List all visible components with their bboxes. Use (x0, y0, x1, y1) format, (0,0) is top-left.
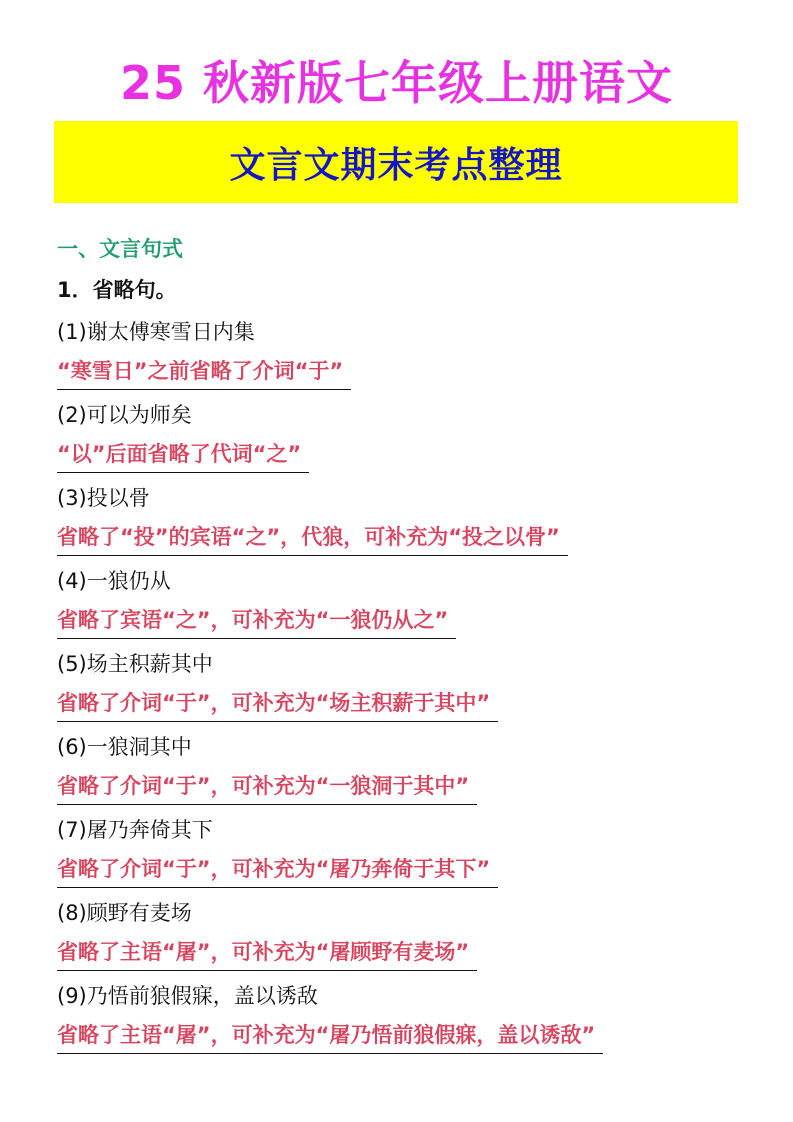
question-text: (8)顾野有麦场 (57, 892, 753, 934)
list-item: (8)顾野有麦场 省略了主语“屠”，可补充为“屠顾野有麦场” (57, 892, 753, 975)
subsection-heading: 1．省略句。 (57, 270, 753, 311)
list-item: (3)投以骨 省略了“投”的宾语“之”，代狼，可补充为“投之以骨” (57, 477, 753, 560)
answer-text: “寒雪日”之前省略了介词“于” (57, 353, 351, 390)
section-heading: 一、文言句式 (57, 229, 753, 270)
list-item: (9)乃悟前狼假寐，盖以诱敌 省略了主语“屠”，可补充为“屠乃悟前狼假寐，盖以诱… (57, 975, 753, 1058)
banner-subtitle: 文言文期末考点整理 (229, 137, 562, 188)
list-item: (2)可以为师矣 “以”后面省略了代词“之” (57, 394, 753, 477)
list-item: (4)一狼仍从 省略了宾语“之”，可补充为“一狼仍从之” (57, 560, 753, 643)
answer-text: 省略了介词“于”，可补充为“场主积薪于其中” (57, 685, 498, 722)
document-title: 25 秋新版七年级上册语文 (0, 52, 793, 114)
list-item: (1)谢太傅寒雪日内集 “寒雪日”之前省略了介词“于” (57, 311, 753, 394)
question-text: (2)可以为师矣 (57, 394, 753, 436)
question-text: (4)一狼仍从 (57, 560, 753, 602)
answer-text: “以”后面省略了代词“之” (57, 436, 309, 473)
question-text: (3)投以骨 (57, 477, 753, 519)
list-item: (7)屠乃奔倚其下 省略了介词“于”，可补充为“屠乃奔倚于其下” (57, 809, 753, 892)
question-text: (5)场主积薪其中 (57, 643, 753, 685)
answer-text: 省略了介词“于”，可补充为“屠乃奔倚于其下” (57, 851, 498, 888)
question-text: (7)屠乃奔倚其下 (57, 809, 753, 851)
answer-text: 省略了主语“屠”，可补充为“屠顾野有麦场” (57, 934, 477, 971)
question-text: (6)一狼洞其中 (57, 726, 753, 768)
list-item: (5)场主积薪其中 省略了介词“于”，可补充为“场主积薪于其中” (57, 643, 753, 726)
question-text: (1)谢太傅寒雪日内集 (57, 311, 753, 353)
answer-text: 省略了“投”的宾语“之”，代狼，可补充为“投之以骨” (57, 519, 568, 556)
answer-text: 省略了介词“于”，可补充为“一狼洞于其中” (57, 768, 477, 805)
title-banner: 文言文期末考点整理 (54, 121, 738, 203)
document-body: 一、文言句式 1．省略句。 (1)谢太傅寒雪日内集 “寒雪日”之前省略了介词“于… (57, 229, 753, 1058)
list-item: (6)一狼洞其中 省略了介词“于”，可补充为“一狼洞于其中” (57, 726, 753, 809)
question-text: (9)乃悟前狼假寐，盖以诱敌 (57, 975, 753, 1017)
answer-text: 省略了宾语“之”，可补充为“一狼仍从之” (57, 602, 456, 639)
answer-text: 省略了主语“屠”，可补充为“屠乃悟前狼假寐，盖以诱敌” (57, 1017, 603, 1054)
